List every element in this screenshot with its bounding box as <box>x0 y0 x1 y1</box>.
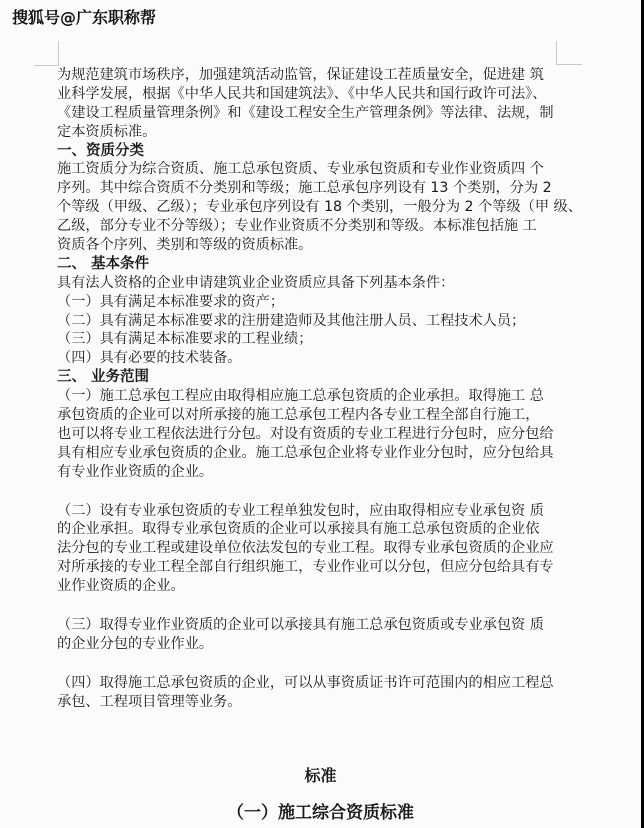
text-line: 也可以将专业工程依法进行分包。对设有资质的专业工程进行分包时，应分包给 <box>57 425 577 444</box>
list-item: （一）具有满足本标准要求的资产； <box>57 293 577 312</box>
text-line: 具有相应专业承包资质的企业。施工总承包企业将专业作业分包时，应分包给具 <box>57 444 577 463</box>
text-line: （一）施工总承包工程应由取得相应施工总承包资质的企业承担。取得施工 总 <box>57 387 577 406</box>
section-heading: 三、 业务范围 <box>57 368 577 387</box>
list-item: （四）具有必要的技术装备。 <box>57 349 577 368</box>
text-line: 《建设工程质量管理条例》和《建设工程安全生产管理条例》等法律、法规，制 <box>57 104 577 123</box>
section-heading: 二、 基本条件 <box>57 255 577 274</box>
text-line: 施工资质分为综合资质、施工总承包资质、专业承包资质和专业作业资质四 个 <box>57 160 577 179</box>
text-line: 承包资质的企业可以对所承接的施工总承包工程内各专业工程全部自行施工， <box>57 406 577 425</box>
document-page: 搜狐号@广东职称帮 为规范建筑市场秩序，加强建筑活动监管，保证建设工茬质量安全，… <box>0 0 641 828</box>
document-body: 为规范建筑市场秩序，加强建筑活动监管，保证建设工茬质量安全，促进建 筑 业科学发… <box>57 66 577 712</box>
text-line: （四）取得施工总承包资质的企业，可以从事资质证书许可范围内的相应工程总 <box>57 674 577 693</box>
paragraph-gap <box>57 596 577 616</box>
standard-subheading: （一）施工综合资质标准 <box>0 798 641 823</box>
text-line: 业作业资质的企业。 <box>57 577 577 596</box>
text-line: 具有法人资格的企业申请建筑业企业资质应具备下列基本条件： <box>57 274 577 293</box>
list-item: （二）具有满足本标准要求的注册建造师及其他注册人员、工程技术人员； <box>57 312 577 331</box>
text-line: 承包、工程项目管理等业务。 <box>57 693 577 712</box>
section-qualification-classification: 一、资质分类 施工资质分为综合资质、施工总承包资质、专业承包资质和专业作业资质四… <box>57 142 577 255</box>
text-line: 乙级，部分专业不分等级）；专业作业资质不分类别和等级。本标准包括施 工 <box>57 217 577 236</box>
scope-paragraph-1: （一）施工总承包工程应由取得相应施工总承包资质的企业承担。取得施工 总 承包资质… <box>57 387 577 481</box>
text-line: 对所承接的专业工程全部自行组织施工，专业作业可以分包，但应分包给具有专 <box>57 558 577 577</box>
paragraph-gap <box>57 482 577 502</box>
text-line: 业科学发展，根据《中华人民共和国建筑法》、《中华人民共和国行政许可法》、 <box>57 85 577 104</box>
intro-paragraph: 为规范建筑市场秩序，加强建筑活动监管，保证建设工茬质量安全，促进建 筑 业科学发… <box>57 66 577 142</box>
text-line: 个等级（甲级、乙级）；专业承包序列设有 18 个类别，一般分为 2 个等级（甲 … <box>57 198 577 217</box>
text-line: 序列。其中综合资质不分类别和等级；施工总承包序列设有 13 个类别，分为 2 <box>57 179 577 198</box>
scope-paragraph-4: （四）取得施工总承包资质的企业，可以从事资质证书许可范围内的相应工程总 承包、工… <box>57 674 577 712</box>
section-business-scope: 三、 业务范围 （一）施工总承包工程应由取得相应施工总承包资质的企业承担。取得施… <box>57 368 577 711</box>
margin-corner-mark-right <box>556 41 582 65</box>
text-line: 为规范建筑市场秩序，加强建筑活动监管，保证建设工茬质量安全，促进建 筑 <box>57 66 577 85</box>
section-basic-conditions: 二、 基本条件 具有法人资格的企业申请建筑业企业资质应具备下列基本条件： （一）… <box>57 255 577 368</box>
text-line: 的企业承担。取得专业承包资质的企业可以承接具有施工总承包资质的企业依 <box>57 520 577 539</box>
text-line: （二）设有专业承包资质的专业工程单独发包时，应由取得相应专业承包资 质 <box>57 502 577 521</box>
text-line: 法分包的专业工程或建设单位依法发包的专业工程。取得专业承包资质的企业应 <box>57 539 577 558</box>
text-line: （三）取得专业作业资质的企业可以承接具有施工总承包资质或专业承包资 质 <box>57 616 577 635</box>
scope-paragraph-3: （三）取得专业作业资质的企业可以承接具有施工总承包资质或专业承包资 质 的企业分… <box>57 616 577 654</box>
paragraph-gap <box>57 654 577 674</box>
text-line: 的企业分包的专业作业。 <box>57 635 577 654</box>
standard-heading: 标准 <box>0 763 641 786</box>
text-line: 有专业作业资质的企业。 <box>57 463 577 482</box>
text-line: 定本资质标准。 <box>57 123 577 142</box>
section-heading: 一、资质分类 <box>57 142 577 161</box>
watermark: 搜狐号@广东职称帮 <box>12 5 156 28</box>
margin-corner-mark-left <box>34 41 59 66</box>
list-item: （三）具有满足本标准要求的工程业绩； <box>57 330 577 349</box>
text-line: 资质各个序列、类别和等级的资质标准。 <box>57 236 577 255</box>
scope-paragraph-2: （二）设有专业承包资质的专业工程单独发包时，应由取得相应专业承包资 质 的企业承… <box>57 502 577 596</box>
